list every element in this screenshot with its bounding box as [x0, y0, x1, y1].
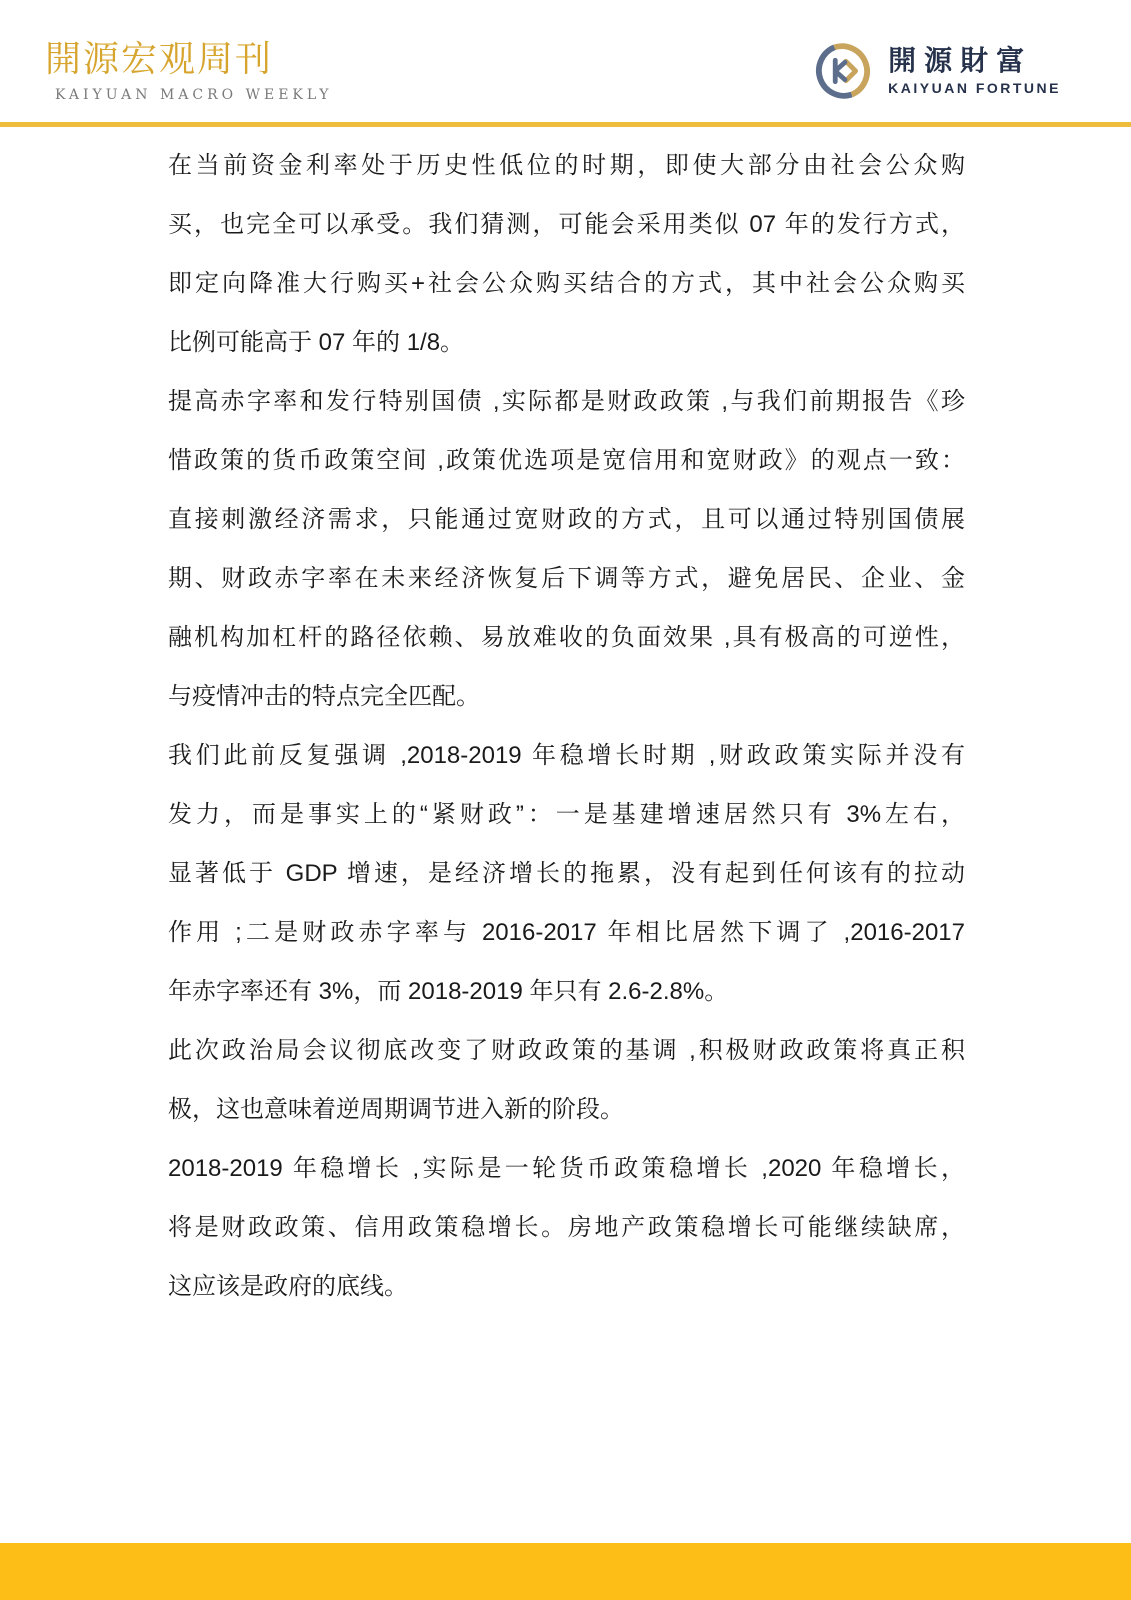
header-divider: [0, 122, 1131, 127]
body-line: 我们此前反复强调 ,2018-2019 年稳增长时期 ,财政政策实际并没有: [168, 726, 965, 785]
body-line: 在当前资金利率处于历史性低位的时期，即使大部分由社会公众购: [168, 136, 965, 195]
paragraph: 在当前资金利率处于历史性低位的时期，即使大部分由社会公众购买，也完全可以承受。我…: [168, 136, 965, 372]
brand-name-cn: 開源財富: [888, 46, 1061, 77]
body-line: 期、财政赤字率在未来经济恢复后下调等方式，避免居民、企业、金: [168, 549, 965, 608]
body-line: 与疫情冲击的特点完全匹配。: [168, 667, 965, 726]
body-line: 2018-2019 年稳增长 ,实际是一轮货币政策稳增长 ,2020 年稳增长，: [168, 1139, 965, 1198]
body-line: 发力，而是事实上的“紧财政”：一是基建增速居然只有 3%左右，: [168, 785, 965, 844]
body-line: 年赤字率还有 3%，而 2018-2019 年只有 2.6-2.8%。: [168, 962, 965, 1021]
footer-bar: [0, 1543, 1131, 1600]
paragraph: 2018-2019 年稳增长 ,实际是一轮货币政策稳增长 ,2020 年稳增长，…: [168, 1139, 965, 1316]
publication-subtitle: KAIYUAN MACRO WEEKLY: [55, 87, 333, 103]
paragraph: 提高赤字率和发行特别国债 ,实际都是财政政策 ,与我们前期报告《珍惜政策的货币政…: [168, 372, 965, 726]
body-line: 这应该是政府的底线。: [168, 1257, 965, 1316]
body-line: 此次政治局会议彻底改变了财政政策的基调 ,积极财政政策将真正积: [168, 1021, 965, 1080]
body-line: 即定向降准大行购买+社会公众购买结合的方式，其中社会公众购买: [168, 254, 965, 313]
publication-title: 開源宏观周刊: [45, 38, 333, 81]
body-line: 极，这也意味着逆周期调节进入新的阶段。: [168, 1080, 965, 1139]
body-line: 惜政策的货币政策空间 ,政策优选项是宽信用和宽财政》的观点一致：: [168, 431, 965, 490]
brand-block: 開源財富 KAIYUAN FORTUNE: [812, 40, 1061, 102]
body-line: 将是财政政策、信用政策稳增长。房地产政策稳增长可能继续缺席，: [168, 1198, 965, 1257]
body-line: 融机构加杠杆的路径依赖、易放难收的负面效果 ,具有极高的可逆性，: [168, 608, 965, 667]
paragraph: 此次政治局会议彻底改变了财政政策的基调 ,积极财政政策将真正积极，这也意味着逆周…: [168, 1021, 965, 1139]
masthead: 開源宏观周刊 KAIYUAN MACRO WEEKLY: [45, 38, 333, 103]
kaiyuan-fortune-logo-icon: [812, 40, 874, 102]
body-line: 买，也完全可以承受。我们猜测，可能会采用类似 07 年的发行方式，: [168, 195, 965, 254]
body-line: 提高赤字率和发行特别国债 ,实际都是财政政策 ,与我们前期报告《珍: [168, 372, 965, 431]
body-line: 直接刺激经济需求，只能通过宽财政的方式，且可以通过特别国债展: [168, 490, 965, 549]
body-line: 作用 ;二是财政赤字率与 2016-2017 年相比居然下调了 ,2016-20…: [168, 903, 965, 962]
body-line: 显著低于 GDP 增速，是经济增长的拖累，没有起到任何该有的拉动: [168, 844, 965, 903]
body-text: 在当前资金利率处于历史性低位的时期，即使大部分由社会公众购买，也完全可以承受。我…: [168, 136, 965, 1316]
body-line: 比例可能高于 07 年的 1/8。: [168, 313, 965, 372]
paragraph: 我们此前反复强调 ,2018-2019 年稳增长时期 ,财政政策实际并没有发力，…: [168, 726, 965, 1021]
report-page: 開源宏观周刊 KAIYUAN MACRO WEEKLY 開源財富 KAIYUAN…: [0, 0, 1131, 1600]
brand-text: 開源財富 KAIYUAN FORTUNE: [888, 46, 1061, 96]
brand-name-en: KAIYUAN FORTUNE: [888, 80, 1061, 96]
page-header: 開源宏观周刊 KAIYUAN MACRO WEEKLY 開源財富 KAIYUAN…: [0, 0, 1131, 125]
